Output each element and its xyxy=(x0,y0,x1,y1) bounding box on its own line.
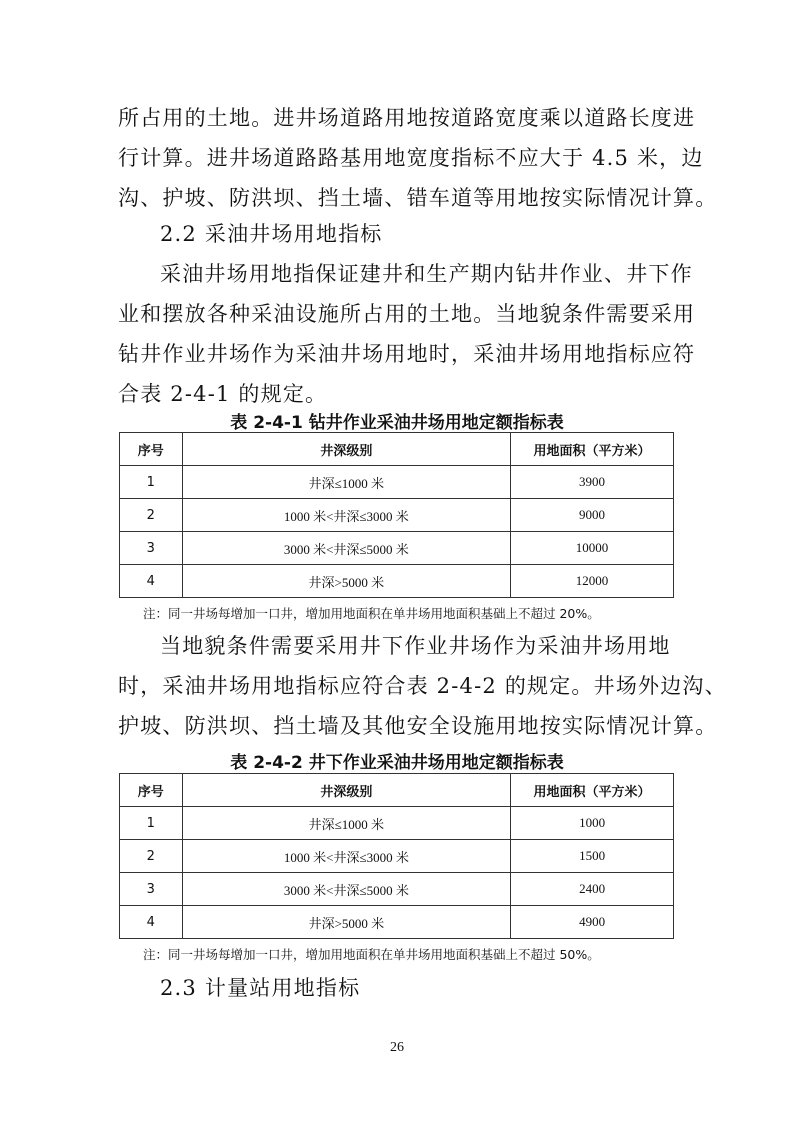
cell-seq: 3 xyxy=(120,532,183,565)
table-row: 2 1000 米<井深≤3000 米 1500 xyxy=(120,840,674,873)
cell-depth: 3000 米<井深≤5000 米 xyxy=(182,532,511,565)
paragraph-road-land: 所占用的土地。进井场道路用地按道路宽度乘以道路长度进 行计算。进井场道路路基用地… xyxy=(118,98,678,218)
text-line: 时，采油井场用地指标应符合表 2-4-2 的规定。井场外边沟、 xyxy=(118,666,678,706)
table-header-row: 序号 井深级别 用地面积（平方米） xyxy=(120,433,674,466)
cell-area: 4900 xyxy=(511,906,674,939)
cell-area: 2400 xyxy=(511,873,674,906)
cell-seq: 2 xyxy=(120,840,183,873)
paragraph-oil-well-site: 采油井场用地指保证建井和生产期内钻井作业、井下作 业和摆放各种采油设施所占用的土… xyxy=(118,254,678,414)
page-number: 26 xyxy=(0,1040,794,1056)
table-row: 4 井深>5000 米 4900 xyxy=(120,906,674,939)
cell-area: 10000 xyxy=(511,532,674,565)
table-row: 1 井深≤1000 米 3900 xyxy=(120,466,674,499)
cell-area: 12000 xyxy=(511,565,674,598)
header-depth: 井深级别 xyxy=(182,774,511,807)
table-row: 4 井深>5000 米 12000 xyxy=(120,565,674,598)
cell-depth: 井深>5000 米 xyxy=(182,565,511,598)
cell-seq: 4 xyxy=(120,906,183,939)
cell-seq: 1 xyxy=(120,807,183,840)
header-area: 用地面积（平方米） xyxy=(511,774,674,807)
text-line: 行计算。进井场道路路基用地宽度指标不应大于 4.5 米，边 xyxy=(118,138,678,178)
table-header-row: 序号 井深级别 用地面积（平方米） xyxy=(120,774,674,807)
cell-seq: 1 xyxy=(120,466,183,499)
section-heading-2-2: 2.2 采油井场用地指标 xyxy=(160,214,382,254)
table-row: 1 井深≤1000 米 1000 xyxy=(120,807,674,840)
cell-area: 9000 xyxy=(511,499,674,532)
table-caption-2-4-2: 表 2-4-2 井下作业采油井场用地定额指标表 xyxy=(118,748,676,773)
table-row: 3 3000 米<井深≤5000 米 2400 xyxy=(120,873,674,906)
cell-depth: 井深≤1000 米 xyxy=(182,466,511,499)
table-note-2-4-2: 注：同一井场每增加一口井，增加用地面积在单井场用地面积基础上不超过 50%。 xyxy=(143,945,600,963)
cell-area: 1500 xyxy=(511,840,674,873)
header-depth: 井深级别 xyxy=(182,433,511,466)
cell-depth: 3000 米<井深≤5000 米 xyxy=(182,873,511,906)
cell-depth: 井深≤1000 米 xyxy=(182,807,511,840)
text-line: 业和摆放各种采油设施所占用的土地。当地貌条件需要采用 xyxy=(118,294,678,334)
cell-area: 1000 xyxy=(511,807,674,840)
cell-depth: 1000 米<井深≤3000 米 xyxy=(182,499,511,532)
table-caption-2-4-1: 表 2-4-1 钻井作业采油井场用地定额指标表 xyxy=(118,408,676,433)
header-seq: 序号 xyxy=(120,433,183,466)
table-row: 2 1000 米<井深≤3000 米 9000 xyxy=(120,499,674,532)
text-line: 护坡、防洪坝、挡土墙及其他安全设施用地按实际情况计算。 xyxy=(118,706,678,746)
text-line: 钻井作业井场作为采油井场用地时，采油井场用地指标应符 xyxy=(118,334,678,374)
text-line: 采油井场用地指保证建井和生产期内钻井作业、井下作 xyxy=(118,254,678,294)
table-note-2-4-1: 注：同一井场每增加一口井，增加用地面积在单井场用地面积基础上不超过 20%。 xyxy=(143,604,600,622)
section-heading-2-3: 2.3 计量站用地指标 xyxy=(160,968,360,1008)
table-2-4-2: 序号 井深级别 用地面积（平方米） 1 井深≤1000 米 1000 2 100… xyxy=(119,773,674,939)
cell-seq: 3 xyxy=(120,873,183,906)
table-row: 3 3000 米<井深≤5000 米 10000 xyxy=(120,532,674,565)
cell-seq: 4 xyxy=(120,565,183,598)
cell-depth: 井深>5000 米 xyxy=(182,906,511,939)
text-line: 所占用的土地。进井场道路用地按道路宽度乘以道路长度进 xyxy=(118,98,678,138)
table-2-4-1: 序号 井深级别 用地面积（平方米） 1 井深≤1000 米 3900 2 100… xyxy=(119,432,674,598)
header-area: 用地面积（平方米） xyxy=(511,433,674,466)
cell-area: 3900 xyxy=(511,466,674,499)
cell-depth: 1000 米<井深≤3000 米 xyxy=(182,840,511,873)
text-line: 当地貌条件需要采用井下作业井场作为采油井场用地 xyxy=(118,626,678,666)
paragraph-workover-site: 当地貌条件需要采用井下作业井场作为采油井场用地 时，采油井场用地指标应符合表 2… xyxy=(118,626,678,746)
text-line: 沟、护坡、防洪坝、挡土墙、错车道等用地按实际情况计算。 xyxy=(118,178,678,218)
cell-seq: 2 xyxy=(120,499,183,532)
header-seq: 序号 xyxy=(120,774,183,807)
